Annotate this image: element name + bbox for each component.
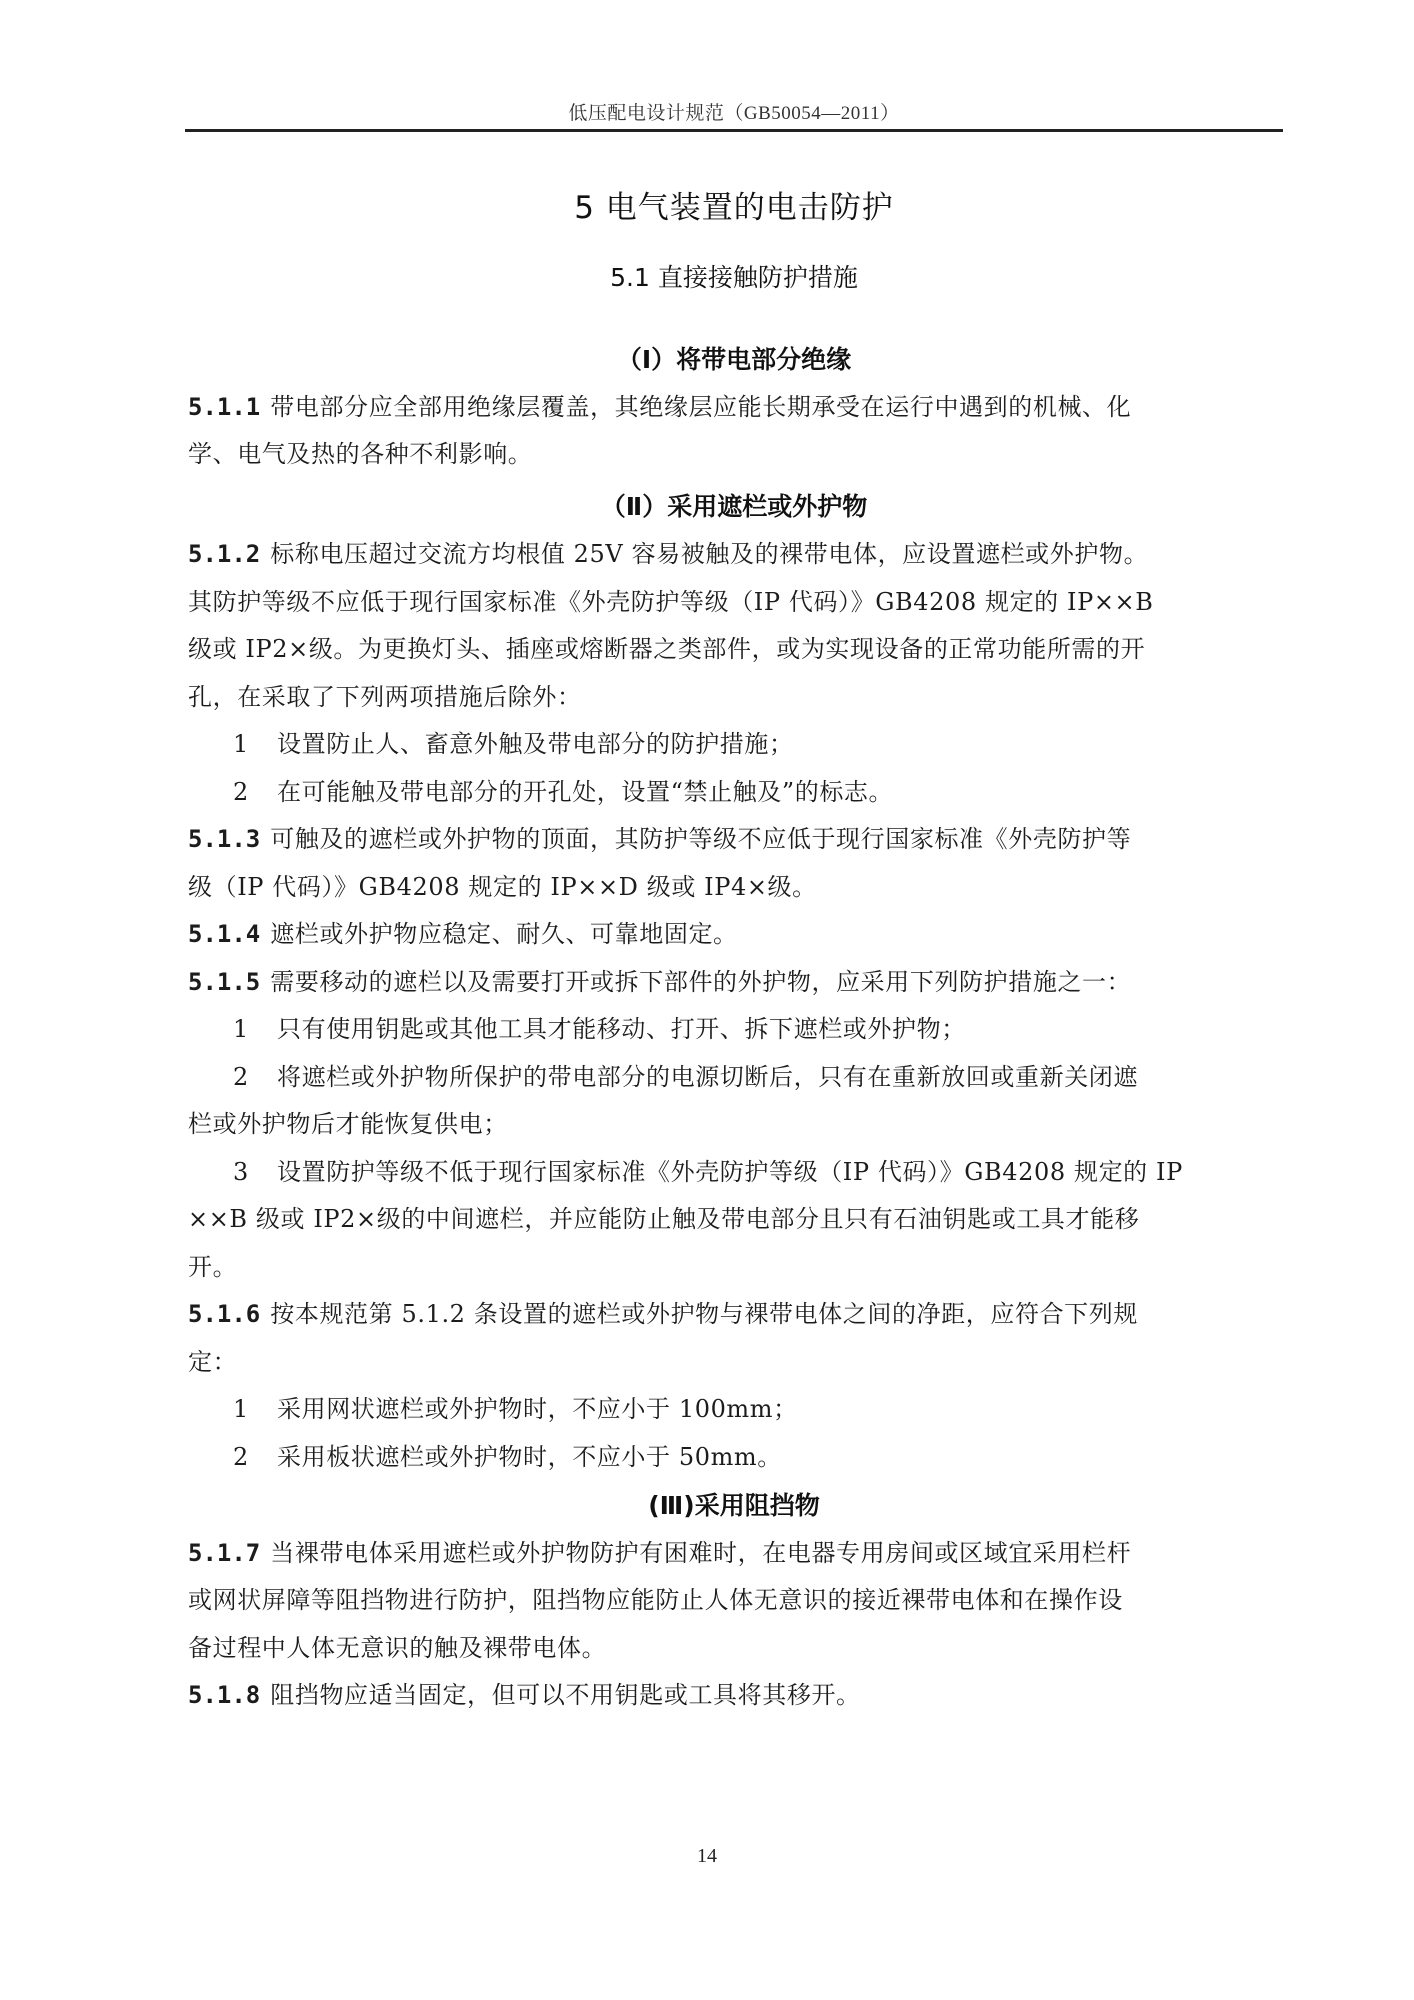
clause-5-1-6-line-2: 定： [188,1342,237,1377]
clause-text: 带电部分应全部用绝缘层覆盖，其绝缘层应能长期承受在运行中遇到的机械、化 [270,393,1131,421]
clause-text: 阻挡物应适当固定，但可以不用钥匙或工具将其移开。 [270,1681,860,1709]
clause-5-1-7-line-1: 5.1.7当裸带电体采用遮栏或外护物防护有困难时，在电器专用房间或区域宜采用栏杆 [188,1533,1131,1568]
clause-number: 5.1.6 [188,1300,260,1328]
clause-5-1-8-line-1: 5.1.8阻挡物应适当固定，但可以不用钥匙或工具将其移开。 [188,1675,861,1710]
clause-5-1-7-line-2: 或网状屏障等阻挡物进行防护，阻挡物应能防止人体无意识的接近裸带电体和在操作设 [188,1580,1123,1615]
clause-5-1-5-item-2-cont: 栏或外护物后才能恢复供电； [188,1104,508,1139]
clause-number: 5.1.4 [188,920,260,948]
clause-number: 5.1.3 [188,825,260,853]
clause-5-1-1-line-2: 学、电气及热的各种不利影响。 [188,434,532,469]
subhead-barriers-enclosures: （Ⅱ）采用遮栏或外护物 [185,487,1283,523]
item-number: 1 [233,730,277,758]
clause-5-1-3-line-1: 5.1.3可触及的遮栏或外护物的顶面，其防护等级不应低于现行国家标准《外壳防护等 [188,819,1131,854]
clause-5-1-6-item-1: 1采用网状遮栏或外护物时，不应小于 100mm； [233,1389,798,1424]
clause-5-1-2-item-2: 2在可能触及带电部分的开孔处，设置“禁止触及”的标志。 [233,772,893,807]
clause-number: 5.1.2 [188,540,260,568]
item-text: 只有使用钥匙或其他工具才能移动、打开、拆下遮栏或外护物； [277,1015,966,1043]
subhead-obstacles: (Ⅲ)采用阻挡物 [185,1486,1283,1522]
header-rule [185,129,1283,132]
clause-5-1-2-line-4: 孔，在采取了下列两项措施后除外： [188,677,582,712]
item-text: 在可能触及带电部分的开孔处，设置“禁止触及”的标志。 [277,778,893,806]
clause-5-1-4-line-1: 5.1.4遮栏或外护物应稳定、耐久、可靠地固定。 [188,914,738,949]
clause-5-1-5-item-1: 1只有使用钥匙或其他工具才能移动、打开、拆下遮栏或外护物； [233,1009,966,1044]
clause-text: 当裸带电体采用遮栏或外护物防护有困难时，在电器专用房间或区域宜采用栏杆 [270,1539,1131,1567]
clause-5-1-3-line-2: 级（IP 代码）》GB4208 规定的 IP××D 级或 IP4×级。 [188,867,817,902]
clause-5-1-7-line-3: 备过程中人体无意识的触及裸带电体。 [188,1628,606,1663]
clause-5-1-2-line-3: 级或 IP2×级。为更换灯头、插座或熔断器之类部件，或为实现设备的正常功能所需的… [188,629,1145,664]
clause-5-1-2-item-1: 1设置防止人、畜意外触及带电部分的防护措施； [233,724,794,759]
subhead-insulation: （Ⅰ）将带电部分绝缘 [185,340,1283,376]
item-number: 1 [233,1015,277,1043]
clause-5-1-5-line-1: 5.1.5需要移动的遮栏以及需要打开或拆下部件的外护物，应采用下列防护措施之一： [188,962,1131,997]
document-page: 低压配电设计规范（GB50054—2011） 5 电气装置的电击防护 5.1 直… [0,0,1414,2000]
item-text: 设置防护等级不低于现行国家标准《外壳防护等级（IP 代码）》GB4208 规定的… [277,1158,1183,1186]
clause-text: 遮栏或外护物应稳定、耐久、可靠地固定。 [270,920,737,948]
clause-5-1-6-line-1: 5.1.6按本规范第 5.1.2 条设置的遮栏或外护物与裸带电体之间的净距，应符… [188,1294,1138,1329]
item-number: 1 [233,1395,277,1423]
item-number: 3 [233,1158,277,1186]
clause-number: 5.1.5 [188,968,260,996]
clause-number: 5.1.7 [188,1539,260,1567]
clause-text: 可触及的遮栏或外护物的顶面，其防护等级不应低于现行国家标准《外壳防护等 [270,825,1131,853]
clause-5-1-5-item-3-cont2: 开。 [188,1247,237,1282]
section-title: 5.1 直接接触防护措施 [185,258,1283,294]
clause-5-1-5-item-3-cont: ××B 级或 IP2×级的中间遮栏，并应能防止触及带电部分且只有石油钥匙或工具才… [188,1199,1139,1234]
clause-5-1-1-line-1: 5.1.1带电部分应全部用绝缘层覆盖，其绝缘层应能长期承受在运行中遇到的机械、化 [188,387,1131,422]
chapter-title: 5 电气装置的电击防护 [185,182,1283,227]
clause-5-1-6-item-2: 2采用板状遮栏或外护物时，不应小于 50mm。 [233,1437,782,1472]
clause-text: 标称电压超过交流方均根值 25V 容易被触及的裸带电体，应设置遮栏或外护物。 [270,540,1148,568]
item-text: 设置防止人、畜意外触及带电部分的防护措施； [277,730,794,758]
item-text: 将遮栏或外护物所保护的带电部分的电源切断后，只有在重新放回或重新关闭遮 [277,1063,1138,1091]
clause-5-1-5-item-2: 2将遮栏或外护物所保护的带电部分的电源切断后，只有在重新放回或重新关闭遮 [233,1057,1138,1092]
item-number: 2 [233,1063,277,1091]
clause-number: 5.1.1 [188,393,260,421]
clause-5-1-2-line-1: 5.1.2标称电压超过交流方均根值 25V 容易被触及的裸带电体，应设置遮栏或外… [188,534,1148,569]
clause-5-1-5-item-3: 3设置防护等级不低于现行国家标准《外壳防护等级（IP 代码）》GB4208 规定… [233,1152,1183,1187]
running-header: 低压配电设计规范（GB50054—2011） [185,98,1283,125]
clause-5-1-2-line-2: 其防护等级不应低于现行国家标准《外壳防护等级（IP 代码）》GB4208 规定的… [188,582,1153,617]
item-number: 2 [233,778,277,806]
item-text: 采用网状遮栏或外护物时，不应小于 100mm； [277,1395,798,1423]
clause-text: 需要移动的遮栏以及需要打开或拆下部件的外护物，应采用下列防护措施之一： [270,968,1131,996]
clause-text: 按本规范第 5.1.2 条设置的遮栏或外护物与裸带电体之间的净距，应符合下列规 [270,1300,1138,1328]
item-text: 采用板状遮栏或外护物时，不应小于 50mm。 [277,1443,782,1471]
clause-number: 5.1.8 [188,1681,260,1709]
item-number: 2 [233,1443,277,1471]
page-number: 14 [0,1845,1414,1868]
